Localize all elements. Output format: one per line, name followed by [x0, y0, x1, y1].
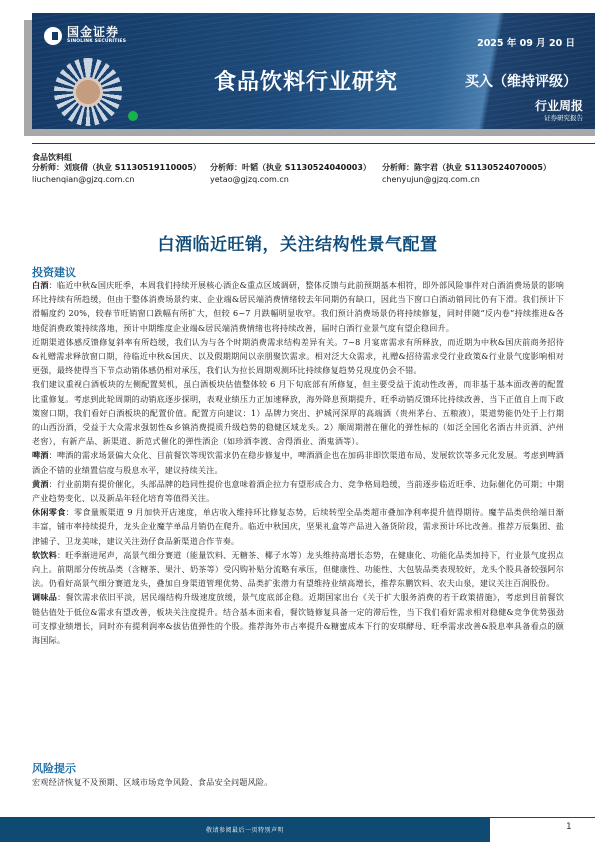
paragraph-beer: 啤酒：啤酒的需求场景偏大众化、目前餐饮等现饮需求仍在稳步修复中，啤酒酒企也在加码…: [32, 448, 564, 476]
brand-logo: 国金证券 SINOLINK SECURITIES: [44, 26, 126, 45]
report-subtype: 证券研究报告: [544, 113, 583, 122]
rating-badge: 买入（维持评级）: [465, 71, 577, 91]
paragraph-text: ：临近中秋&国庆旺季，本周我们持续开展核心酒企&重点区域调研，整体反馈与此前预期…: [32, 280, 564, 333]
brand-name-en: SINOLINK SECURITIES: [67, 39, 126, 45]
report-title: 白酒临近旺销，关注结构性景气配置: [0, 230, 595, 255]
paragraph-key: 软饮料: [32, 550, 57, 560]
logo-icon: [44, 27, 62, 45]
analyst-email[interactable]: chenyujun@gjzq.com.cn: [382, 174, 551, 186]
paragraph-text: ：旺季渐进尾声，高景气细分赛道（能量饮料、无糖茶、椰子水等）龙头维持高增长态势，…: [32, 550, 564, 588]
paragraph-huangjiu: 黄酒：行业前期有提价催化，头部品牌的趋同性提价也意味着酒企拉力有望形成合力、竞争…: [32, 477, 564, 505]
paragraph-channel: 近期渠道体感反馈修复斜率有所趋缓，我们认为与各个时期消费需求结构差异有关。7~8…: [32, 335, 564, 378]
analyst-label: 分析师：叶韬（执业 S1130524040003）: [210, 162, 371, 174]
paragraph-key: 啤酒: [32, 450, 49, 460]
report-header: 国金证券 SINOLINK SECURITIES 食品饮料行业研究 2025 年…: [32, 13, 595, 129]
analyst-label: 分析师：陈宇君（执业 S1130524070005）: [382, 162, 551, 174]
header-divider: [32, 143, 595, 144]
qr-code-icon: [54, 58, 122, 126]
paragraph-text: 我们建议重视白酒板块的左侧配置契机，虽白酒板块估值整体较 6 月下旬底部有所修复…: [32, 379, 564, 446]
report-date: 2025 年 09 月 20 日: [477, 35, 575, 49]
risk-text: 宏观经济恢复不及预期、区域市场竞争风险、食品安全问题风险。: [32, 775, 564, 789]
paragraph-allocation: 我们建议重视白酒板块的左侧配置契机，虽白酒板块估值整体较 6 月下旬底部有所修复…: [32, 377, 564, 448]
footer-bar: 敬请参阅最后一页特别声明: [0, 817, 490, 842]
paragraph-key: 调味品: [32, 592, 57, 602]
paragraph-text: ：行业前期有提价催化，头部品牌的趋同性提价也意味着酒企拉力有望形成合力、竞争格局…: [32, 479, 564, 503]
analyst-label: 分析师：刘宸倩（执业 S1130519110005）: [32, 162, 201, 174]
mini-program-icon: [128, 111, 138, 121]
paragraph-key: 休闲零食: [32, 507, 66, 517]
analyst-info: 分析师：陈宇君（执业 S1130524070005） chenyujun@gjz…: [382, 162, 551, 186]
brand-name-cn: 国金证券: [67, 26, 126, 39]
paragraph-text: ：啤酒的需求场景偏大众化、目前餐饮等现饮需求仍在稳步修复中，啤酒酒企也在加码非即…: [32, 450, 564, 474]
paragraph-text: 近期渠道体感反馈修复斜率有所趋缓，我们认为与各个时期消费需求结构差异有关。7~8…: [32, 337, 564, 375]
paragraph-condiments: 调味品：餐饮需求依旧平淡，居民端结构升级速度放缓，景气度底部企稳。近期国家出台《…: [32, 590, 564, 647]
paragraph-text: ：零食量贩渠道 9 月加快开店速度，单店收入维持环比修复态势，后续转型全品类超市…: [32, 507, 564, 545]
paragraph-soft-drinks: 软饮料：旺季渐进尾声，高景气细分赛道（能量饮料、无糖茶、椰子水等）龙头维持高增长…: [32, 548, 564, 591]
invest-body: 白酒：临近中秋&国庆旺季，本周我们持续开展核心酒企&重点区域调研，整体反馈与此前…: [32, 278, 564, 647]
industry-title: 食品饮料行业研究: [214, 65, 398, 96]
footer-divider: [490, 817, 595, 818]
paragraph-snacks: 休闲零食：零食量贩渠道 9 月加快开店速度，单店收入维持环比修复态势，后续转型全…: [32, 505, 564, 548]
analyst-info: 分析师：叶韬（执业 S1130524040003） yetao@gjzq.com…: [210, 162, 371, 186]
paragraph-key: 白酒: [32, 280, 49, 290]
paragraph-text: ：餐饮需求依旧平淡，居民端结构升级速度放缓，景气度底部企稳。近期国家出台《关于扩…: [32, 592, 564, 645]
analyst-email[interactable]: liuchenqian@gjzq.com.cn: [32, 174, 201, 186]
risk-body: 宏观经济恢复不及预期、区域市场竞争风险、食品安全问题风险。: [32, 775, 564, 789]
section-heading-risk: 风险提示: [32, 760, 76, 776]
report-type: 行业周报: [535, 97, 583, 114]
analyst-info: 分析师：刘宸倩（执业 S1130519110005） liuchenqian@g…: [32, 162, 201, 186]
paragraph-key: 黄酒: [32, 479, 49, 489]
analyst-email[interactable]: yetao@gjzq.com.cn: [210, 174, 371, 186]
page-number: 1: [566, 822, 572, 832]
paragraph-baijiu: 白酒：临近中秋&国庆旺季，本周我们持续开展核心酒企&重点区域调研，整体反馈与此前…: [32, 278, 564, 335]
disclaimer-link[interactable]: 敬请参阅最后一页特别声明: [0, 825, 490, 834]
